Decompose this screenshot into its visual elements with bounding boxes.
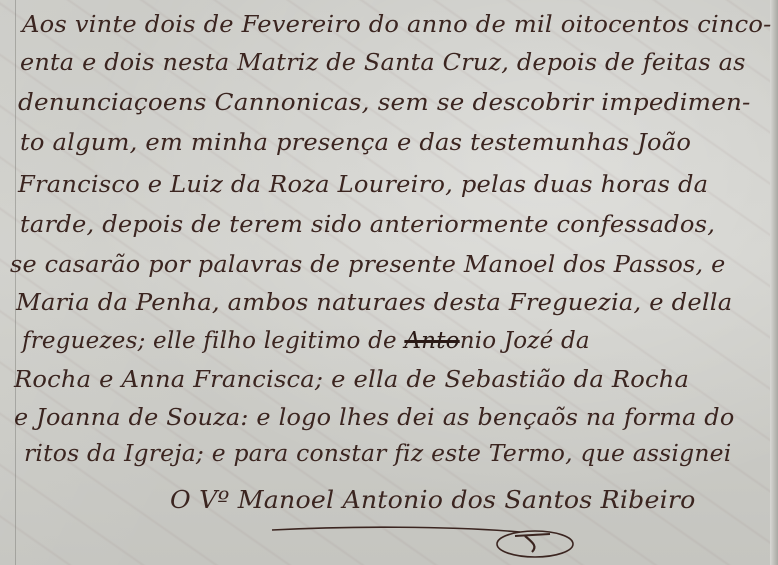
struck-word: Anto bbox=[404, 328, 459, 354]
text-line-3: denunciaçoens Cannonicas, sem se descobr… bbox=[18, 90, 751, 116]
text-line-8: Maria da Penha, ambos naturaes desta Fre… bbox=[16, 290, 732, 316]
text-line-12: ritos da Igreja; e para constar fiz este… bbox=[24, 441, 731, 467]
text-line-1: Aos vinte dois de Fevereiro do anno de m… bbox=[22, 12, 772, 38]
text-line-4: to algum, em minha presença e das testem… bbox=[20, 130, 691, 156]
text-line-10: Rocha e Anna Francisca; e ella de Sebast… bbox=[14, 367, 689, 393]
signature: O Vº Manoel Antonio dos Santos Ribeiro bbox=[170, 486, 695, 514]
text-line-2: enta e dois nesta Matriz de Santa Cruz, … bbox=[20, 50, 746, 76]
signature-flourish bbox=[270, 522, 600, 562]
text-line-9: freguezes; elle filho legitimo de Antoni… bbox=[22, 328, 590, 354]
record-text: Aos vinte dois de Fevereiro do anno de m… bbox=[0, 0, 778, 565]
manuscript-page: Aos vinte dois de Fevereiro do anno de m… bbox=[0, 0, 778, 565]
text-line-6: tarde, depois de terem sido anteriorment… bbox=[20, 212, 715, 238]
text-line-11: e Joanna de Souza: e logo lhes dei as be… bbox=[14, 405, 734, 431]
text-line-7: se casarão por palavras de presente Mano… bbox=[10, 252, 726, 278]
text-line-9-head: freguezes; elle filho legitimo de bbox=[22, 328, 397, 354]
text-line-9-tail: nio Jozé da bbox=[460, 328, 590, 354]
text-line-5: Francisco e Luiz da Roza Loureiro, pelas… bbox=[18, 172, 708, 198]
